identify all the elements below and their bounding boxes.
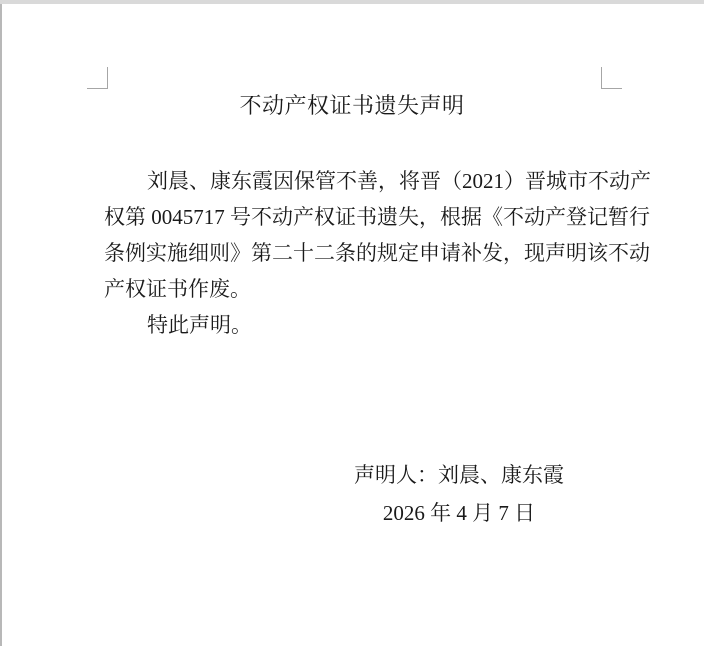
body-line-4: 产权证书作废。	[104, 271, 616, 307]
date-line: 2026 年 4 月 7 日	[289, 494, 629, 532]
body-line-3: 条例实施细则》第二十二条的规定申请补发，现声明该不动	[104, 235, 616, 271]
signature-block: 声明人：刘晨、康东霞 2026 年 4 月 7 日	[289, 456, 629, 532]
crop-mark-top-left-icon	[87, 67, 108, 89]
page-top-edge	[0, 0, 704, 4]
document-body: 刘晨、康东霞因保管不善，将晋（2021）晋城市不动产 权第 0045717 号不…	[104, 163, 616, 343]
document-title: 不动产权证书遗失声明	[0, 92, 704, 120]
declarant-line: 声明人：刘晨、康东霞	[289, 456, 629, 494]
crop-mark-top-right-icon	[601, 67, 622, 89]
body-line-closing: 特此声明。	[104, 307, 616, 343]
document-page: 不动产权证书遗失声明 刘晨、康东霞因保管不善，将晋（2021）晋城市不动产 权第…	[0, 0, 704, 646]
body-line-1: 刘晨、康东霞因保管不善，将晋（2021）晋城市不动产	[104, 163, 616, 199]
body-line-2: 权第 0045717 号不动产权证书遗失，根据《不动产登记暂行	[104, 199, 616, 235]
